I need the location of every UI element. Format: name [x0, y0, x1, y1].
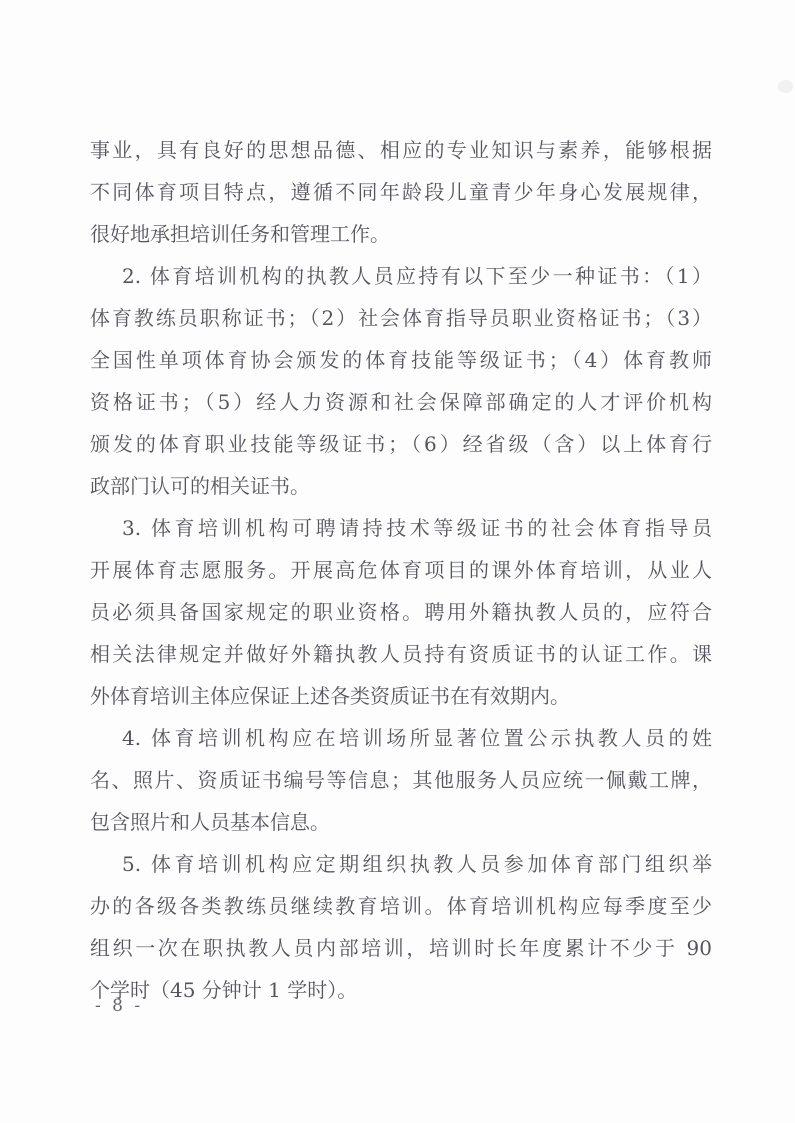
text-line: 2. 体育培训机构的执教人员应持有以下至少一种证书：（1）: [90, 255, 712, 297]
text-line: 政部门认可的相关证书。: [90, 465, 712, 507]
text-line: 全国性单项体育协会颁发的体育技能等级证书；（4）体育教师: [90, 339, 712, 381]
paragraph: 2. 体育培训机构的执教人员应持有以下至少一种证书：（1）体育教练员职称证书；（…: [90, 255, 712, 507]
text-line: 颁发的体育职业技能等级证书；（6）经省级（含）以上体育行: [90, 423, 712, 465]
text-line: 事业，具有良好的思想品德、相应的专业知识与素养，能够根据: [90, 129, 712, 171]
page-number: - 8 -: [95, 993, 143, 1019]
text-line: 外体育培训主体应保证上述各类资质证书在有效期内。: [90, 675, 712, 717]
text-line: 很好地承担培训任务和管理工作。: [90, 213, 712, 255]
text-line: 开展体育志愿服务。开展高危体育项目的课外体育培训，从业人: [90, 549, 712, 591]
paragraph: 4. 体育培训机构应在培训场所显著位置公示执教人员的姓名、照片、资质证书编号等信…: [90, 717, 712, 843]
text-line: 个学时（45 分钟计 1 学时）。: [90, 969, 712, 1011]
text-line: 4. 体育培训机构应在培训场所显著位置公示执教人员的姓: [90, 717, 712, 759]
scan-artifact: [778, 80, 793, 93]
document-page: 事业，具有良好的思想品德、相应的专业知识与素养，能够根据不同体育项目特点，遵循不…: [0, 0, 795, 1123]
paragraph: 3. 体育培训机构可聘请持技术等级证书的社会体育指导员开展体育志愿服务。开展高危…: [90, 507, 712, 717]
text-line: 员必须具备国家规定的职业资格。聘用外籍执教人员的，应符合: [90, 591, 712, 633]
text-line: 相关法律规定并做好外籍执教人员持有资质证书的认证工作。课: [90, 633, 712, 675]
text-line: 3. 体育培训机构可聘请持技术等级证书的社会体育指导员: [90, 507, 712, 549]
text-line: 资格证书；（5）经人力资源和社会保障部确定的人才评价机构: [90, 381, 712, 423]
text-line: 5. 体育培训机构应定期组织执教人员参加体育部门组织举: [90, 843, 712, 885]
text-line: 办的各级各类教练员继续教育培训。体育培训机构应每季度至少: [90, 885, 712, 927]
paragraph: 事业，具有良好的思想品德、相应的专业知识与素养，能够根据不同体育项目特点，遵循不…: [90, 129, 712, 255]
text-line: 包含照片和人员基本信息。: [90, 801, 712, 843]
document-body: 事业，具有良好的思想品德、相应的专业知识与素养，能够根据不同体育项目特点，遵循不…: [90, 129, 712, 1011]
text-line: 不同体育项目特点，遵循不同年龄段儿童青少年身心发展规律，: [90, 171, 712, 213]
paragraph: 5. 体育培训机构应定期组织执教人员参加体育部门组织举办的各级各类教练员继续教育…: [90, 843, 712, 1011]
text-line: 体育教练员职称证书；（2）社会体育指导员职业资格证书；（3）: [90, 297, 712, 339]
text-line: 名、照片、资质证书编号等信息；其他服务人员应统一佩戴工牌，: [90, 759, 712, 801]
text-line: 组织一次在职执教人员内部培训，培训时长年度累计不少于 90: [90, 927, 712, 969]
